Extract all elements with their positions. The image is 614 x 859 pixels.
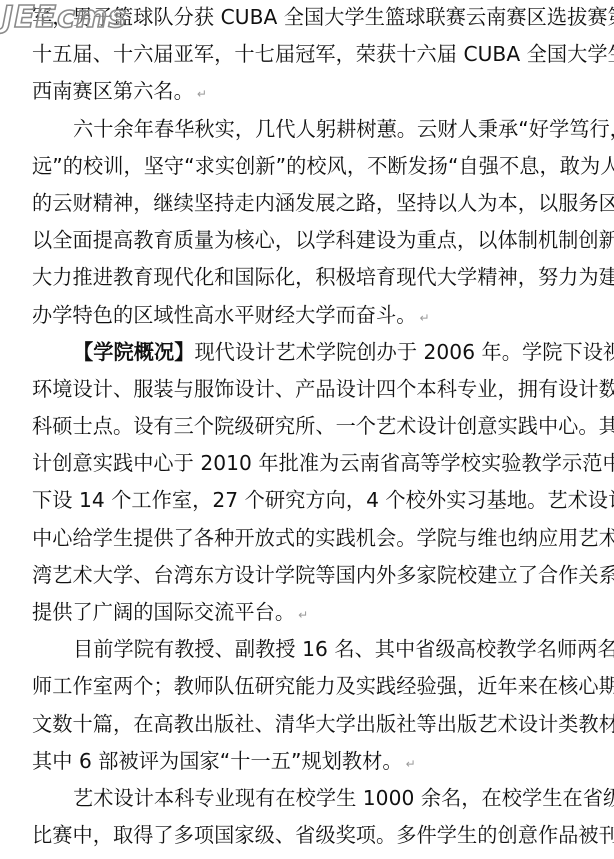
text-line: 下设 14 个工作室，27 个研究方向，4 个校外实习基地。艺术设计创意实践 [32,487,592,524]
text-line: 湾艺术大学、台湾东方设计学院等国内外多家院校建立了合作关系，为学生 [32,562,592,599]
jeecms-logo-watermark: JEEcms [2,2,127,34]
text-line: 科硕士点。设有三个院级研究所、一个艺术设计创意实践中心。其中艺术设 [32,413,592,450]
text-line: 办学特色的区域性高水平财经大学而奋斗。↵ [32,302,592,339]
section-heading: 【学院概况】 [73,340,194,364]
text-line: 中心给学生提供了各种开放式的实践机会。学院与维也纳应用艺术大学、台 [32,525,592,562]
text-line-content: 现代设计艺术学院创办于 2006 年。学院下设视觉传达、 [194,340,614,364]
text-line: 比赛中，取得了多项国家级、省级奖项。多件学生的创意作品被刊登在国家 [32,822,592,859]
text-line: 文数十篇，在高教出版社、清华大学出版社等出版艺术设计类教材近 30 部， [32,711,592,748]
text-line: 师工作室两个；教师队伍研究能力及实践经验强，近年来在核心期刊发表论 [32,673,592,710]
paragraph-college-overview: 【学院概况】现代设计艺术学院创办于 2006 年。学院下设视觉传达、 环境设计、… [32,339,592,637]
paragraph-mark-icon: ↵ [197,87,207,101]
text-line: 大力推进教育现代化和国际化，积极培育现代大学精神，努力为建设有鲜明 [32,264,592,301]
text-line: 计创意实践中心于 2010 年批准为云南省高等学校实验教学示范中心。中心 [32,450,592,487]
text-line: 西南赛区第六名。↵ [32,78,592,115]
text-line-content: 其中 6 部被评为国家“十一五”规划教材。 [32,749,403,773]
paragraph-faculty: 目前学院有教授、副教授 16 名、其中省级高校教学名师两名，高校名 师工作室两个… [32,636,592,785]
paragraph-mark-icon: ↵ [420,311,430,325]
paragraph-mark-icon: ↵ [406,757,416,771]
document-page: 军，男子篮球队分获 CUBA 全国大学生篮球联赛云南赛区选拔赛第十四届、 十五届… [32,4,592,859]
text-line: 提供了广阔的国际交流平台。↵ [32,599,592,636]
text-line-content: 提供了广阔的国际交流平台。 [32,600,295,624]
paragraph-motto: 六十余年春华秋实，几代人躬耕树蕙。云财人秉承“好学笃行，厚德致 远”的校训，坚守… [32,116,592,339]
paragraph-mark-icon: ↵ [298,608,308,622]
text-line: 环境设计、服装与服饰设计、产品设计四个本科专业，拥有设计数学二级学 [32,376,592,413]
text-line: 目前学院有教授、副教授 16 名、其中省级高校教学名师两名，高校名 [32,636,592,673]
text-line: 十五届、十六届亚军，十七届冠军，荣获十六届 CUBA 全国大学生篮球联赛 [32,41,592,78]
text-line: 六十余年春华秋实，几代人躬耕树蕙。云财人秉承“好学笃行，厚德致 [32,116,592,153]
text-line: 【学院概况】现代设计艺术学院创办于 2006 年。学院下设视觉传达、 [32,339,592,376]
text-line-content: 办学特色的区域性高水平财经大学而奋斗。 [32,303,417,327]
text-line: 艺术设计本科专业现有在校学生 1000 余名，在校学生在省级和国家级 [32,785,592,822]
text-line: 以全面提高教育质量为核心，以学科建设为重点，以体制机制创新为保障， [32,227,592,264]
text-line: 其中 6 部被评为国家“十一五”规划教材。↵ [32,748,592,785]
text-line-content: 西南赛区第六名。 [32,79,194,103]
paragraph-students: 艺术设计本科专业现有在校学生 1000 余名，在校学生在省级和国家级 比赛中，取… [32,785,592,859]
text-line: 远”的校训，坚守“求实创新”的校风，不断发扬“自强不息，敢为人先” [32,153,592,190]
text-line: 的云财精神，继续坚持走内涵发展之路，坚持以人为本，以服务区域为导向， [32,190,592,227]
